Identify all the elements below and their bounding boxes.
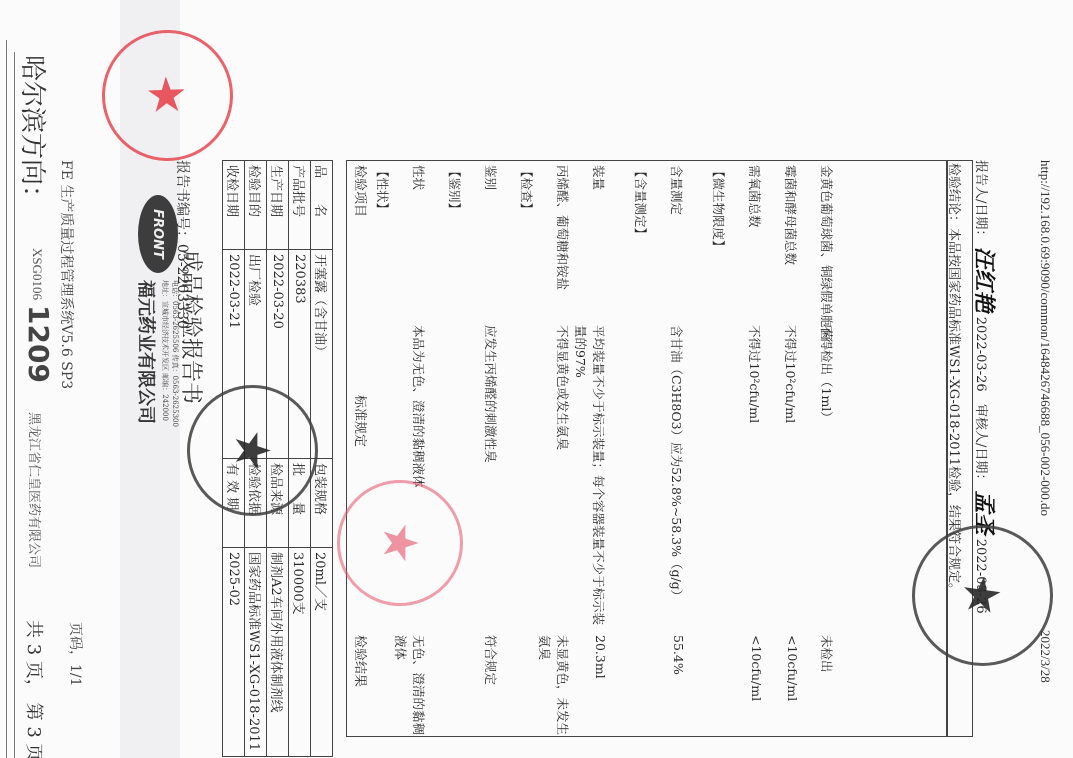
report-number-label: 报告书编号：: [174, 160, 190, 244]
result-result: <10cfu/ml: [749, 635, 764, 735]
star-icon: ★: [138, 67, 198, 124]
result-standard: 不得过10²cfu/ml: [746, 325, 764, 625]
result-result: 20.3ml: [593, 635, 608, 735]
page-code: 页码，1/1: [66, 622, 86, 687]
result-standard: 含甘油（C3H8O3）应为52.8%~58.3%（g/g）: [668, 325, 686, 625]
info-value: 2025-02: [223, 548, 245, 757]
reporter-signature: 汪红艳: [971, 247, 997, 313]
result-item: 【含量测定】: [632, 165, 650, 385]
star-icon: ★: [229, 429, 277, 472]
info-label: 生产日期: [267, 161, 289, 250]
info-label: 品 名: [311, 161, 333, 250]
info-value: 国家药品标准WS1-XG-018-2011: [245, 548, 267, 757]
system-name: FE 生产质量过程管理系统V5.6 SP3: [57, 160, 77, 389]
result-standard: 平均装量不少于标示装量；每个容器装量不少于标示装量的97%: [572, 325, 608, 625]
result-result: 符合规定: [482, 635, 500, 735]
company-logo: FRONT: [138, 195, 178, 273]
result-result: 未显黄色，未发生氨臭: [536, 635, 572, 735]
recipient-company: 黑龙江省仁皇医药有限公司: [26, 412, 45, 568]
result-result: <10cfu/ml: [785, 635, 800, 735]
route-number: 1209: [22, 305, 55, 383]
red-quality-stamp: ★: [84, 12, 252, 180]
star-icon: ★: [955, 570, 1010, 621]
issuer-name: 福元药业有限公司: [134, 280, 160, 424]
report-number-value: 05-2203330: [174, 244, 190, 329]
info-value: 310000支: [289, 548, 311, 757]
result-result: 55.4%: [671, 635, 686, 735]
info-value: 20ml／支: [311, 548, 333, 757]
result-item: 【检查】: [518, 165, 536, 385]
result-standard: 不得过10²cfu/ml: [782, 325, 800, 625]
info-label: 产品批号: [289, 161, 311, 250]
results-grid: 检验项目标准规定检验结果【性状】性状本品为无色、澄清的黏稠液体无色、澄清的黏稠液…: [346, 160, 948, 737]
result-item: 【鉴别】: [446, 165, 464, 385]
source-url: http://192.168.0.69:9090/common/16484267…: [1037, 160, 1053, 516]
result-item: 【微生物限度】: [710, 165, 728, 385]
page-count: 共 3 页， 第 3 页: [22, 620, 48, 758]
print-date: 2022/3/28: [1037, 630, 1053, 683]
column-header-standard: 标准规定: [352, 395, 371, 447]
info-value: 制剂A2车间外用液体制剂线: [267, 548, 289, 757]
info-label: 检验目的: [245, 161, 267, 250]
column-header-result: 检验结果: [352, 635, 371, 687]
reporter-label: 报告人/日期：: [973, 160, 988, 242]
result-standard: 不得检出（1ml）: [818, 325, 836, 625]
result-standard: 应发生丙烯醛的刺激性臭: [482, 325, 500, 625]
route-code: XSG0106: [29, 248, 45, 300]
result-item: 【性状】: [374, 165, 392, 385]
rotated-report-page: 哈尔滨方向： XSG0106 1209 黑龙江省仁皇医药有限公司 FE 生产质量…: [0, 0, 1073, 758]
star-icon: ★: [376, 521, 424, 564]
info-label: 收检日期: [223, 161, 245, 250]
inspection-report-stamp: ★: [187, 385, 318, 516]
result-standard: 不得显黄色或发生氨臭: [554, 325, 572, 625]
reviewer-label: 审核人/日期：: [973, 404, 988, 486]
city-direction: 哈尔滨方向：: [16, 55, 53, 211]
issuer-address: 地址：宣城市经济技术开发区 邮编：242000: [160, 280, 170, 421]
column-header-item: 检验项目: [352, 165, 371, 217]
report-number: 报告书编号：05-2203330: [173, 160, 193, 329]
reporter-date: 2022-03-26: [973, 317, 988, 392]
pink-company-stamp: ★: [337, 480, 463, 606]
result-result: 未检出: [818, 635, 836, 735]
result-result: 无色、澄清的黏稠液体: [392, 635, 428, 735]
